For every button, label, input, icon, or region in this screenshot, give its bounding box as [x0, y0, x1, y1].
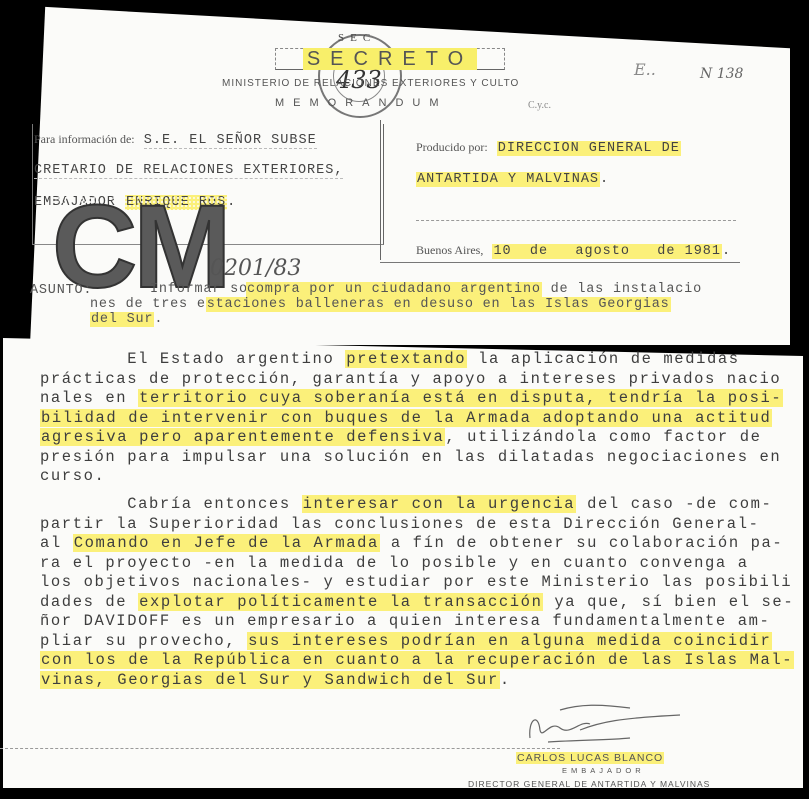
body-text: ñor DAVIDOFF es un empresario a quien in… — [40, 612, 770, 630]
highlighted-text: explotar políticamente la transacción — [138, 593, 543, 611]
highlighted-text: sus intereses podrían en alguna medida c… — [247, 632, 772, 650]
date-de-1: de — [530, 244, 548, 259]
producer-text-1: DIRECCION GENERAL DE — [497, 141, 681, 156]
body-line: curso. — [40, 467, 105, 485]
subject-line-2: nes de tres estaciones balleneras en des… — [90, 297, 671, 312]
subject-highlight-3: del Sur — [90, 312, 154, 327]
body-line: partir la Superioridad las conclusiones … — [40, 515, 760, 533]
body-text: al — [40, 534, 73, 552]
date-city: Buenos Aires, — [416, 243, 483, 257]
body-text: del caso -de com- — [576, 495, 772, 513]
body-line: pliar su provecho, sus intereses podrían… — [40, 632, 772, 650]
body-text: prácticas de protección, garantía y apoy… — [40, 370, 781, 388]
body-text: . — [500, 671, 511, 689]
small-code: C.y.c. — [528, 100, 551, 111]
producer-suffix: . — [600, 172, 609, 187]
recipient-text-1: S.E. EL SEÑOR SUBSE — [144, 133, 317, 149]
highlighted-text: pretextando — [345, 350, 467, 368]
body-text: , utilizándola como factor de — [445, 428, 761, 446]
box-divider — [380, 120, 381, 260]
subject-prefix-2: nes de tres e — [90, 297, 206, 312]
date-de-2: de — [657, 244, 675, 259]
subject-line-3: del Sur. — [90, 312, 163, 327]
body-line: agresiva pero aparentemente defensiva, u… — [40, 428, 762, 446]
recipient-line-2: CRETARIO DE RELACIONES EXTERIORES, — [34, 163, 343, 179]
subject-highlight-1: compra por un ciudadano argentino — [246, 282, 542, 297]
body-line: nales en territorio cuya soberanía está … — [40, 389, 783, 407]
body-line: los objetivos nacionales- y estudiar por… — [40, 573, 792, 591]
body-text: curso. — [40, 467, 105, 485]
highlighted-text: vinas, Georgias del Sur y Sandwich del S… — [40, 671, 500, 689]
body-line: ra el proyecto -en la medida de lo posib… — [40, 554, 749, 572]
recipient-suffix: . — [227, 195, 236, 210]
body-text: partir la Superioridad las conclusiones … — [40, 515, 760, 533]
producer-text-2: ANTARTIDA Y MALVINAS — [416, 172, 600, 187]
body-text: la aplicación de medidas — [467, 350, 740, 368]
body-text: a fín de obtener su colaboración pa- — [380, 534, 783, 552]
body-line: al Comando en Jefe de la Armada a fín de… — [40, 534, 783, 552]
classification-stamp: SECRETO — [275, 48, 505, 70]
body-text: presión para impulsar una solución en la… — [40, 448, 781, 466]
signatory-rank: EMBAJADOR — [562, 766, 645, 775]
producer-line-1: Producido por: DIRECCION GENERAL DE — [416, 140, 681, 156]
body-text: ra el proyecto -en la medida de lo posib… — [40, 554, 749, 572]
highlighted-text: territorio cuya soberanía está en disput… — [138, 389, 783, 407]
subject-label: ASUNTO: — [30, 283, 92, 298]
highlighted-text: con los de la República en cuanto a la r… — [40, 651, 794, 669]
producer-label: Producido por: — [416, 140, 488, 154]
body-text: ya que, sí bien el se- — [543, 593, 794, 611]
producer-line-2: ANTARTIDA Y MALVINAS. — [416, 172, 609, 187]
body-line: ñor DAVIDOFF es un empresario a quien in… — [40, 612, 770, 630]
date-value: 10 de agosto de 1981 — [492, 244, 722, 259]
recipient-label: Para información de: — [34, 132, 135, 146]
subject-rest-1: de las instalacio — [542, 282, 702, 297]
document-type: MEMORANDUM — [275, 97, 448, 109]
stamp-arc-text: SEC — [338, 32, 376, 44]
highlighted-text: interesar con la urgencia — [302, 495, 577, 513]
body-line: bilidad de intervenir con buques de la A… — [40, 409, 772, 427]
date-day: 10 — [493, 244, 511, 259]
highlighted-text: Comando en Jefe de la Armada — [73, 534, 380, 552]
highlighted-text: bilidad de intervenir con buques de la A… — [40, 409, 772, 427]
body-text: pliar su provecho, — [40, 632, 247, 650]
highlighted-text: agresiva pero aparentemente defensiva — [40, 428, 445, 446]
body-line: Cabría entonces interesar con la urgenci… — [40, 495, 772, 513]
body-line: El Estado argentino pretextando la aplic… — [40, 350, 740, 368]
header-rule — [380, 262, 740, 263]
subject-suffix-3: . — [154, 312, 163, 327]
date-year: 1981 — [685, 244, 721, 259]
body-text: Cabría entonces — [40, 495, 302, 513]
file-number: 0201/83 — [210, 256, 301, 281]
signature-rule — [0, 748, 560, 749]
body-text: nales en — [40, 389, 138, 407]
handwritten-mark: E.. — [634, 60, 656, 79]
handwritten-reference: N 138 — [700, 66, 743, 82]
body-line: con los de la República en cuanto a la r… — [40, 651, 794, 669]
body-line: presión para impulsar una solución en la… — [40, 448, 781, 466]
date-month: agosto — [575, 244, 630, 259]
body-text: El Estado argentino — [40, 350, 345, 368]
body-text: dades de — [40, 593, 138, 611]
date-line: Buenos Aires, 10 de agosto de 1981. — [416, 243, 731, 259]
recipient-line-1: Para información de: S.E. EL SEÑOR SUBSE — [34, 132, 317, 148]
subject-highlight-2: staciones balleneras en desuso en las Is… — [206, 297, 671, 312]
signatory-name: CARLOS LUCAS BLANCO — [516, 752, 664, 764]
signatory-name-text: CARLOS LUCAS BLANCO — [516, 752, 664, 764]
signatory-role: DIRECTOR GENERAL DE ANTARTIDA Y MALVINAS — [468, 779, 710, 789]
classification-label: SECRETO — [303, 48, 477, 70]
body-line: vinas, Georgias del Sur y Sandwich del S… — [40, 671, 511, 689]
subject-line-1: compra por un ciudadano argentino de las… — [246, 282, 702, 297]
signature-scrawl-icon — [520, 700, 690, 750]
body-line: dades de explotar políticamente la trans… — [40, 593, 794, 611]
producer-blank-line — [416, 220, 736, 221]
ministry-heading: MINISTERIO DE RELACIONES EXTERIORES Y CU… — [222, 78, 519, 89]
body-text: los objetivos nacionales- y estudiar por… — [40, 573, 792, 591]
date-suffix: . — [722, 244, 731, 259]
body-line: prácticas de protección, garantía y apoy… — [40, 370, 781, 388]
